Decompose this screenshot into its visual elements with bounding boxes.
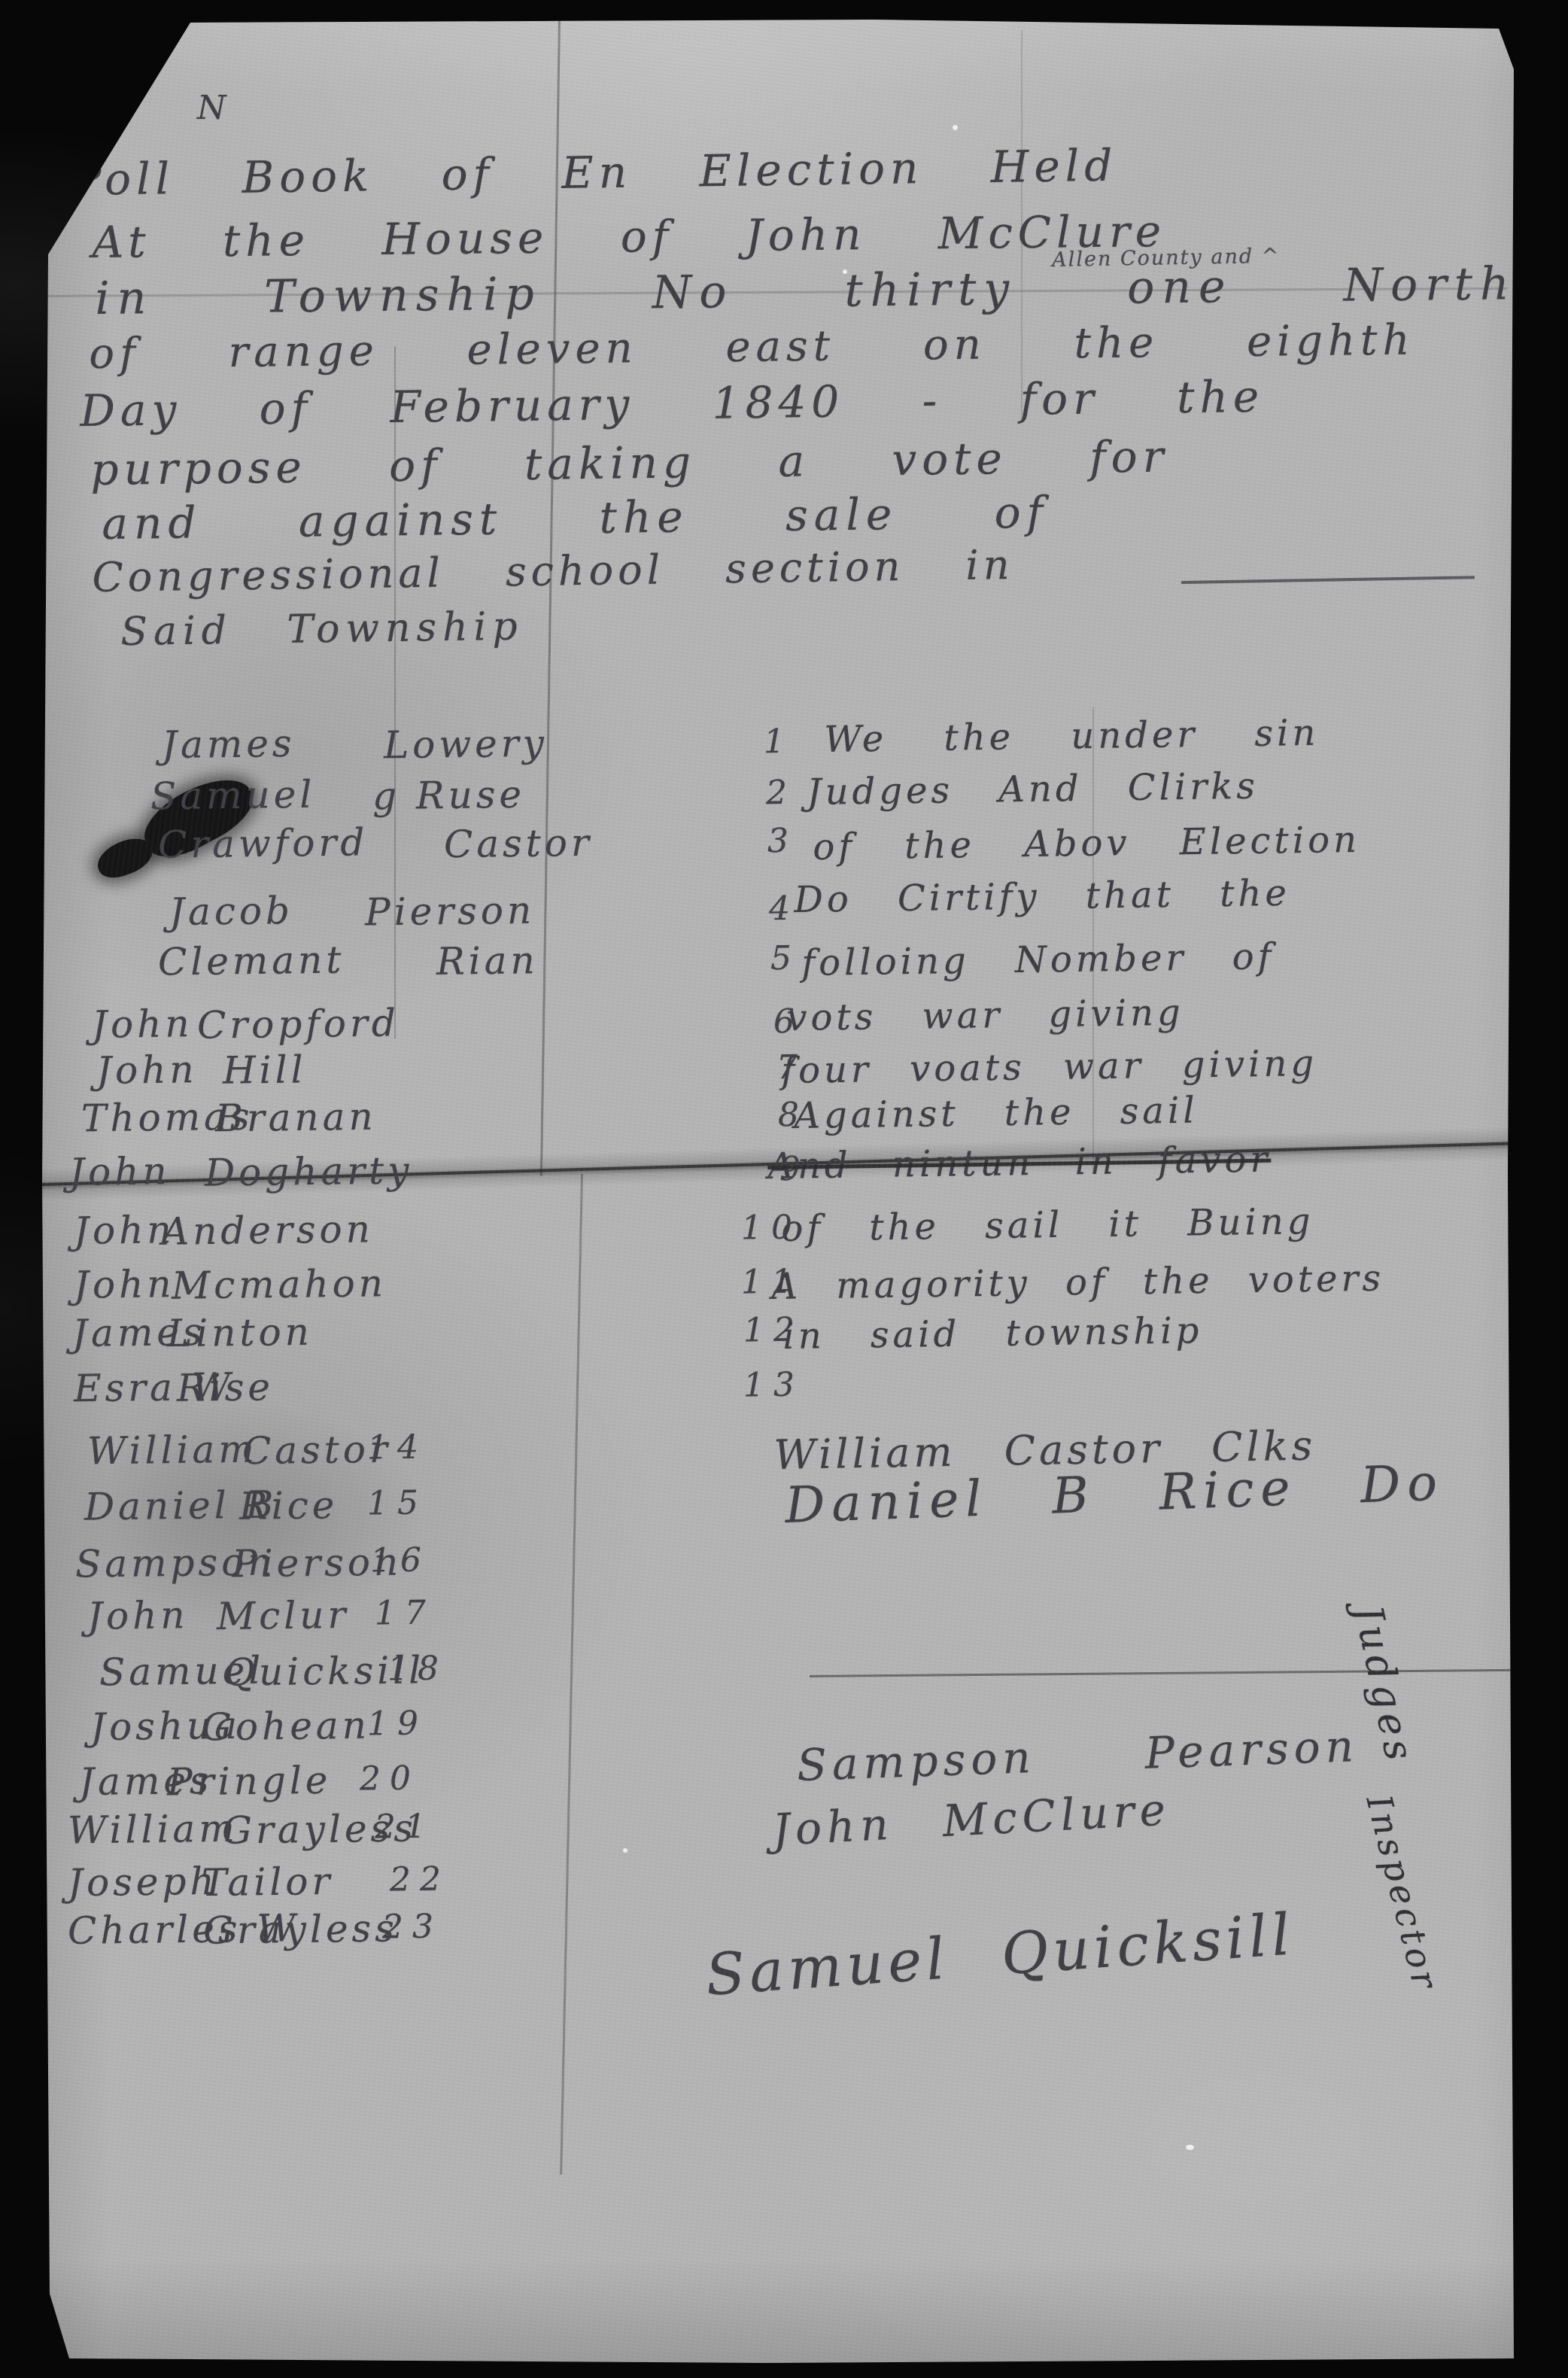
certificate-line-11: A magority of the voters (771, 1257, 1384, 1308)
voter-first-name: Jacob (169, 889, 294, 934)
header-line-9: Said Township (120, 604, 524, 655)
voter-number: 13 (743, 1366, 804, 1405)
voter-last-name: g Ruse (372, 773, 526, 818)
voter-last-name: Pringle (167, 1759, 332, 1805)
header-line-6: purpose of taking a vote for (90, 430, 1169, 495)
voter-number: 23 (382, 1908, 443, 1947)
voter-first-name: William (68, 1807, 239, 1853)
certificate-line-12: in said township (782, 1309, 1203, 1358)
voter-number: 18 (387, 1650, 448, 1689)
voter-last-name: Pierson (365, 889, 536, 935)
voter-number: 21 (375, 1808, 436, 1847)
header-line-4: of range eleven east on the eighth (89, 316, 1415, 379)
voter-last-name: Cropford (197, 1001, 400, 1047)
certificate-line-4: Do Cirtify that the (794, 872, 1290, 921)
voter-last-name: Rice (239, 1483, 339, 1528)
voter-number: 16 (370, 1541, 431, 1580)
voter-number: 1 (764, 722, 795, 761)
header-line-8: Congressional school section in (92, 541, 1014, 601)
voter-last-name: Mcmahon (172, 1261, 387, 1307)
certificate-line-5: folloing Nomber of (801, 935, 1275, 984)
scan-background: N Poll Book of En Election Held At the H… (0, 0, 1568, 2378)
voter-last-name: Grayless (203, 1906, 399, 1952)
voter-number: 2 (766, 774, 797, 812)
voter-number: 5 (770, 939, 801, 978)
certificate-line-1: We the under sin (824, 712, 1320, 761)
paper-speck-1 (953, 125, 958, 130)
paper-speck-4 (1186, 2145, 1194, 2150)
voter-first-name: William (87, 1428, 258, 1473)
voter-first-name: John (74, 1208, 175, 1253)
header-line-3: in Township No thirty one North (95, 257, 1517, 325)
horizontal-rule-right (810, 1669, 1515, 1677)
voter-first-name: John (96, 1048, 198, 1093)
voter-last-name: Lowery (384, 722, 548, 768)
certificate-line-6: vots war giving (786, 992, 1184, 1039)
voter-number: 14 (367, 1428, 428, 1467)
header-ornament: N (197, 89, 226, 127)
side-label-inspector: Inspector (1359, 1791, 1447, 1996)
voter-last-name: Linton (167, 1310, 313, 1355)
voter-number: 15 (367, 1484, 428, 1523)
header-line-7: and against the sale of (102, 487, 1049, 549)
voter-number: 20 (360, 1759, 421, 1799)
voter-last-name: Branan (215, 1095, 377, 1141)
voter-first-name: Joseph (68, 1860, 218, 1905)
voter-first-name: James (162, 722, 296, 767)
certificate-line-9: And nintun in favor (767, 1139, 1272, 1187)
certificate-line-7: four voats war giving (781, 1042, 1317, 1092)
voter-last-name: Tailor (202, 1860, 334, 1905)
voter-first-name: John (92, 1002, 193, 1047)
voter-last-name: Castor (444, 821, 594, 866)
voter-last-name: Mclur (217, 1593, 350, 1638)
signature-inspector-samuel-quicksill: Samuel Quicksill (703, 1900, 1296, 2008)
header-interlineation: Allen County and ^ (1052, 245, 1281, 272)
paper-speck-3 (623, 1848, 628, 1853)
voter-first-name: John (69, 1149, 171, 1194)
voter-first-name: Samuel (150, 773, 316, 819)
certificate-line-10: of the sail it Buing (781, 1200, 1314, 1250)
voter-last-name: Rian (436, 938, 539, 984)
header-line-1: Poll Book of En Election Held (71, 140, 1118, 205)
header-line-2: At the House of John McClure (92, 205, 1166, 268)
voter-last-name: Rise (177, 1365, 275, 1410)
voter-first-name: Crawford (158, 820, 369, 866)
voter-number: 3 (767, 822, 798, 860)
voter-number: 17 (375, 1594, 436, 1633)
certificate-line-8: Against the sail (794, 1089, 1199, 1136)
voter-first-name: John (74, 1262, 175, 1307)
voter-last-name: Hill (223, 1048, 307, 1092)
voter-first-name: Clemant (158, 938, 345, 984)
signature-judge-sampson-pearson: Sampson Pearson (796, 1720, 1360, 1791)
voter-last-name: Anderson (162, 1207, 374, 1253)
voter-first-name: John (87, 1593, 189, 1638)
voter-number: 19 (367, 1704, 428, 1744)
voter-number: 22 (390, 1860, 451, 1899)
certificate-line-2: Judges And Clirks (807, 765, 1259, 813)
signature-judge-john-mcclure: John McClure (771, 1783, 1171, 1856)
header-line-5: Day of February 1840 - for the (80, 371, 1265, 436)
certificate-line-3: of the Abov Election (813, 819, 1360, 868)
vertical-fold-crease-lower (560, 1174, 583, 2175)
document-page: N Poll Book of En Election Held At the H… (0, 0, 1568, 2378)
voter-last-name: Gohean (202, 1704, 371, 1750)
voter-last-name: Dogharty (205, 1148, 413, 1194)
ink-dash-after-section (1181, 576, 1475, 584)
